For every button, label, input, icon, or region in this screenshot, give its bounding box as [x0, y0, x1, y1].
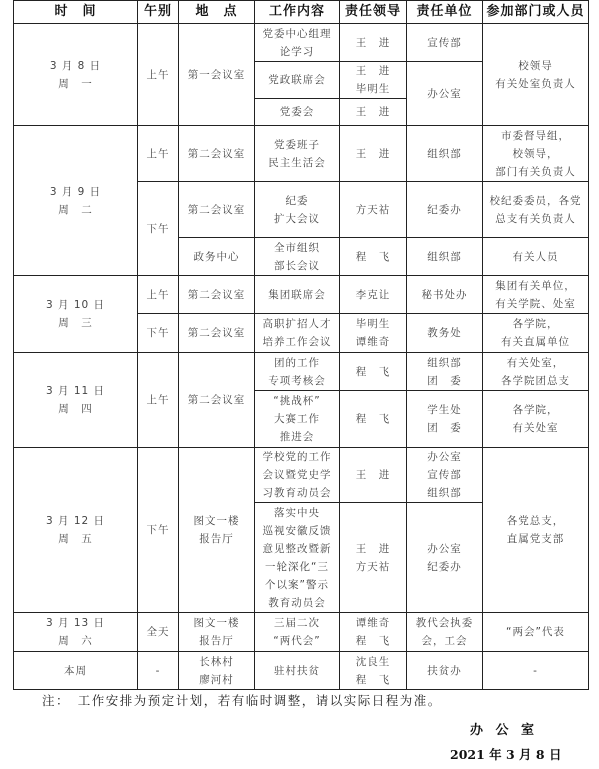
table-row: 3 月 9 日 周 二 上午 第二会议室 党委班子 民主生活会 王 进 组织部 …: [14, 126, 589, 182]
period-cell: 下午: [138, 182, 179, 276]
leader-cell: 王 进 方天祜: [340, 503, 407, 613]
header-time: 时 间: [14, 1, 138, 24]
unit-cell: 扶贫办: [407, 652, 483, 690]
date-cell: 3 月 9 日 周 二: [14, 126, 138, 276]
content-cell: 全市组织 部长会议: [255, 238, 340, 276]
participants-cell: 有关处室， 各学院团总支: [483, 353, 589, 391]
unit-cell: 秘书处办: [407, 276, 483, 314]
leader-cell: 程 飞: [340, 238, 407, 276]
date-cell: 3 月 13 日 周 六: [14, 613, 138, 652]
unit-cell: 学生处 团 委: [407, 391, 483, 448]
leader-cell: 程 飞: [340, 353, 407, 391]
content-cell: 党委中心组理 论学习: [255, 24, 340, 62]
header-participants: 参加部门或人员: [483, 1, 589, 24]
participants-cell: 各学院， 有关处室: [483, 391, 589, 448]
unit-cell: 办公室 纪委办: [407, 503, 483, 613]
header-location: 地 点: [179, 1, 255, 24]
schedule-table: 时 间 午别 地 点 工作内容 责任领导 责任单位 参加部门或人员 3 月 8 …: [13, 0, 589, 690]
date-cell: 本周: [14, 652, 138, 690]
table-row: 本周 - 长林村 廖河村 驻村扶贫 沈良生 程 飞 扶贫办 -: [14, 652, 589, 690]
header-leader: 责任领导: [340, 1, 407, 24]
location-cell: 第二会议室: [179, 353, 255, 448]
leader-cell: 王 进: [340, 99, 407, 126]
content-cell: 党委班子 民主生活会: [255, 126, 340, 182]
period-cell: 下午: [138, 314, 179, 353]
location-cell: 第二会议室: [179, 126, 255, 182]
leader-cell: 沈良生 程 飞: [340, 652, 407, 690]
location-cell: 长林村 廖河村: [179, 652, 255, 690]
participants-cell: 集团有关单位， 有关学院、处室: [483, 276, 589, 314]
leader-cell: 王 进 毕明生: [340, 62, 407, 99]
participants-cell: 市委督导组， 校领导， 部门有关负责人: [483, 126, 589, 182]
content-cell: 学校党的工作 会议暨党史学 习教育动员会: [255, 448, 340, 503]
table-row: 3 月 10 日 周 三 上午 第二会议室 集团联席会 李克让 秘书处办 集团有…: [14, 276, 589, 314]
content-cell: 三届二次 “两代会”: [255, 613, 340, 652]
leader-cell: 李克让: [340, 276, 407, 314]
date-cell: 3 月 12 日 周 五: [14, 448, 138, 613]
content-cell: 党政联席会: [255, 62, 340, 99]
leader-cell: 方天祜: [340, 182, 407, 238]
location-cell: 图文一楼 报告厅: [179, 448, 255, 613]
location-cell: 第一会议室: [179, 24, 255, 126]
leader-cell: 王 进: [340, 126, 407, 182]
table-row: 3 月 12 日 周 五 下午 图文一楼 报告厅 学校党的工作 会议暨党史学 习…: [14, 448, 589, 503]
location-cell: 图文一楼 报告厅: [179, 613, 255, 652]
leader-cell: 王 进: [340, 24, 407, 62]
table-row: 3 月 11 日 周 四 上午 第二会议室 团的工作 专项考核会 程 飞 组织部…: [14, 353, 589, 391]
location-cell: 政务中心: [179, 238, 255, 276]
content-cell: 驻村扶贫: [255, 652, 340, 690]
date-cell: 3 月 8 日 周 一: [14, 24, 138, 126]
period-cell: 下午: [138, 448, 179, 613]
participants-cell: 各党总支， 直属党支部: [483, 448, 589, 613]
participants-cell: -: [483, 652, 589, 690]
unit-cell: 组织部: [407, 126, 483, 182]
date-cell: 3 月 11 日 周 四: [14, 353, 138, 448]
period-cell: -: [138, 652, 179, 690]
unit-cell: 教务处: [407, 314, 483, 353]
location-cell: 第二会议室: [179, 182, 255, 238]
header-row: 时 间 午别 地 点 工作内容 责任领导 责任单位 参加部门或人员: [14, 1, 589, 24]
issue-date: 2021 年 3 月 8 日: [450, 745, 561, 763]
participants-cell: 有关人员: [483, 238, 589, 276]
header-unit: 责任单位: [407, 1, 483, 24]
period-cell: 上午: [138, 353, 179, 448]
table-row: 3 月 8 日 周 一 上午 第一会议室 党委中心组理 论学习 王 进 宣传部 …: [14, 24, 589, 62]
participants-cell: “两会”代表: [483, 613, 589, 652]
content-cell: 落实中央 巡视安徽反馈 意见整改暨新 一轮深化“三 个以案”警示 教育动员会: [255, 503, 340, 613]
content-cell: 高职扩招人才 培养工作会议: [255, 314, 340, 353]
unit-cell: 组织部: [407, 238, 483, 276]
leader-cell: 谭维奇 程 飞: [340, 613, 407, 652]
leader-cell: 程 飞: [340, 391, 407, 448]
location-cell: 第二会议室: [179, 314, 255, 353]
unit-cell: 纪委办: [407, 182, 483, 238]
content-cell: 党委会: [255, 99, 340, 126]
header-content: 工作内容: [255, 1, 340, 24]
footnote: 注： 工作安排为预定计划，若有临时调整，请以实际日程为准。: [42, 691, 442, 709]
content-cell: 集团联席会: [255, 276, 340, 314]
unit-cell: 办公室: [407, 62, 483, 126]
period-cell: 上午: [138, 276, 179, 314]
period-cell: 上午: [138, 126, 179, 182]
period-cell: 上午: [138, 24, 179, 126]
date-cell: 3 月 10 日 周 三: [14, 276, 138, 353]
participants-cell: 校领导 有关处室负责人: [483, 24, 589, 126]
content-cell: 团的工作 专项考核会: [255, 353, 340, 391]
table-row: 3 月 13 日 周 六 全天 图文一楼 报告厅 三届二次 “两代会” 谭维奇 …: [14, 613, 589, 652]
location-cell: 第二会议室: [179, 276, 255, 314]
leader-cell: 王 进: [340, 448, 407, 503]
unit-cell: 教代会执委 会，工会: [407, 613, 483, 652]
content-cell: 纪委 扩大会议: [255, 182, 340, 238]
unit-cell: 组织部 团 委: [407, 353, 483, 391]
unit-cell: 宣传部: [407, 24, 483, 62]
content-cell: “挑战杯” 大赛工作 推进会: [255, 391, 340, 448]
unit-cell: 办公室 宣传部 组织部: [407, 448, 483, 503]
signature: 办 公 室: [470, 719, 538, 738]
participants-cell: 校纪委委员，各党总支有关负责人: [483, 182, 589, 238]
header-period: 午别: [138, 1, 179, 24]
period-cell: 全天: [138, 613, 179, 652]
participants-cell: 各学院， 有关直属单位: [483, 314, 589, 353]
leader-cell: 毕明生 谭维奇: [340, 314, 407, 353]
